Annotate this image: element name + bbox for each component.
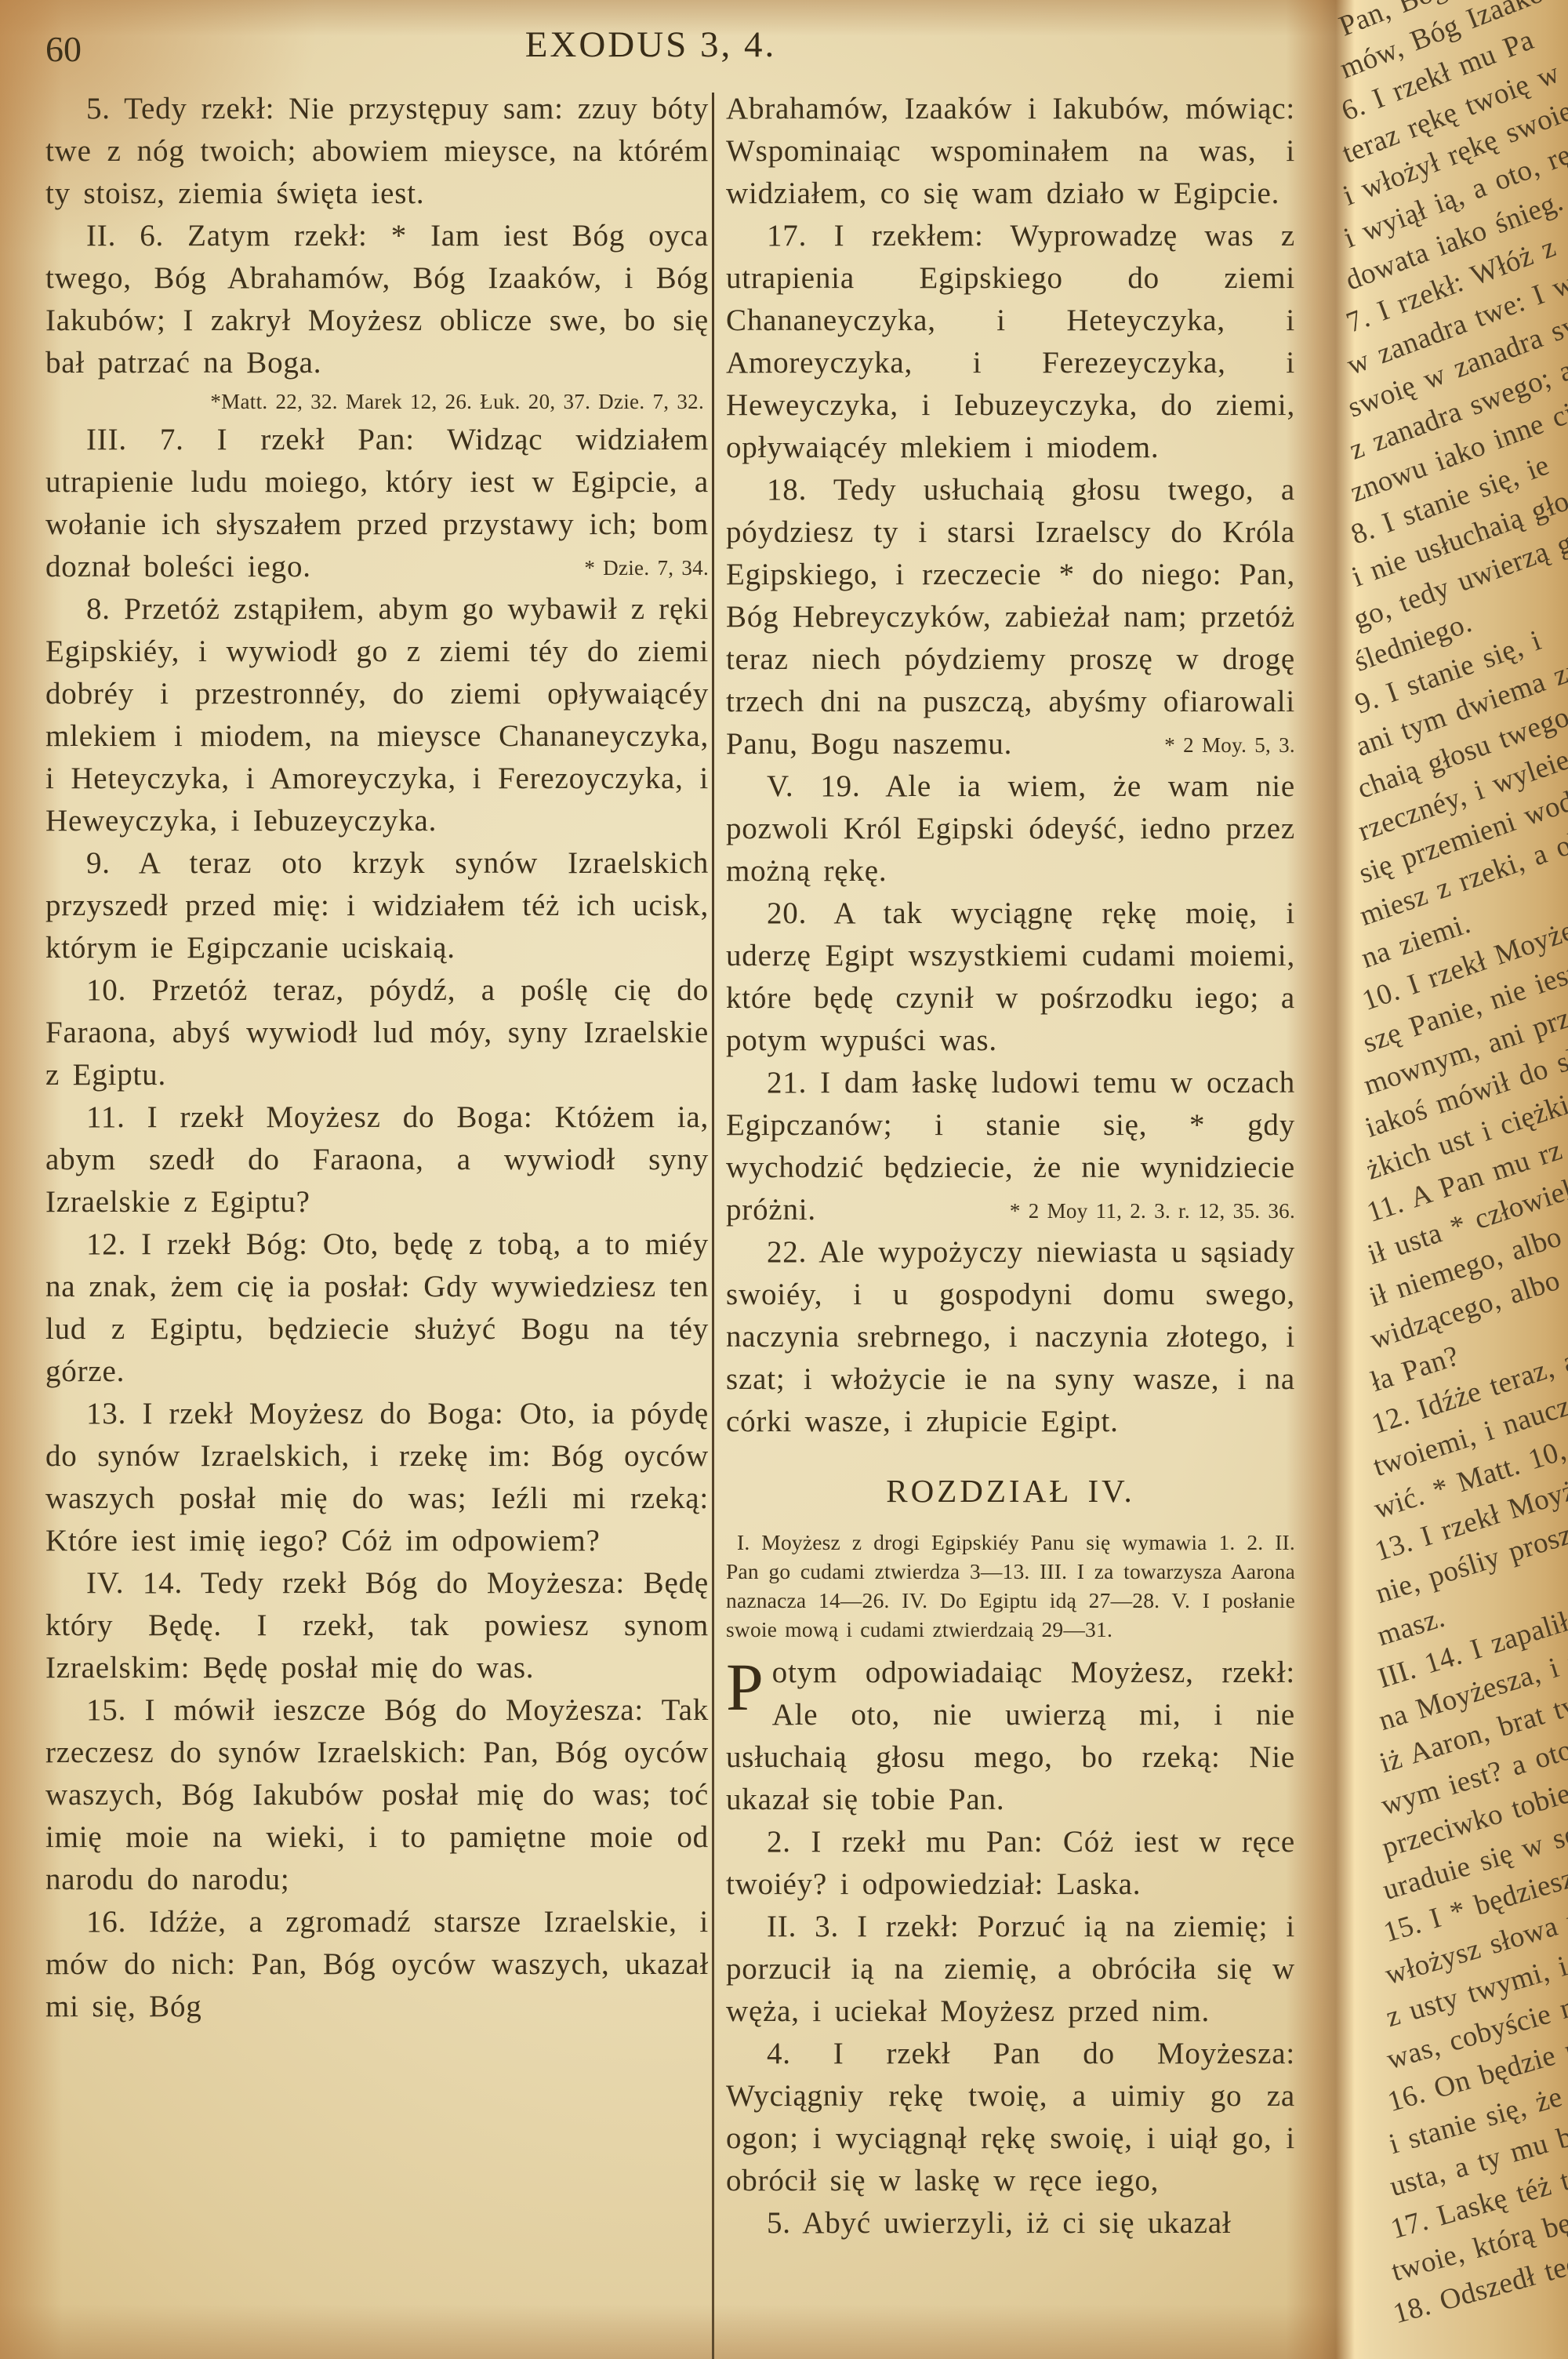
cross-reference: * Dzie. 7, 34. [543,552,709,583]
verse-paragraph: 17. I rzekłem: Wyprowadzę was z utrapien… [726,215,1295,469]
verse-paragraph: V. 19. Ale ia wiem, że wam nie pozwoli K… [726,765,1295,892]
verse-paragraph: 5. Abyć uwierzyli, iż ci się ukazał [726,2202,1295,2245]
verse-paragraph: 4. I rzekł Pan do Moyżesza: Wyciągniy rę… [726,2033,1295,2202]
verse-paragraph: 21. I dam łaskę ludowi temu w oczach Egi… [726,1062,1295,1231]
verse-paragraph: 2. I rzekł mu Pan: Cóż iest w ręce twoié… [726,1821,1295,1906]
cross-reference: * 2 Moy. 5, 3. [1123,729,1295,761]
verse-paragraph: 22. Ale wypożyczy niewiasta u sąsiady sw… [726,1231,1295,1443]
verse-paragraph: II. 6. Zatym rzekł: * Iam iest Bóg oyca … [45,215,709,384]
column-divider-rule [712,93,714,2359]
cross-reference: * 2 Moy 11, 2. 3. r. 12, 35. 36. [969,1195,1295,1227]
verse-paragraph: 16. Idźże, a zgromadź starsze Izraelskie… [45,1901,709,2028]
verse-paragraph: II. 3. I rzekł: Porzuć ią na ziemię; i p… [726,1906,1295,2033]
chapter-heading: ROZDZIAŁ IV. [726,1470,1295,1512]
verse-paragraph: IV. 14. Tedy rzekł Bóg do Moyżesza: Będę… [45,1562,709,1689]
verse-paragraph: 11. I rzekł Moyżesz do Boga: Któżem ia, … [45,1096,709,1223]
verse-paragraph: 9. A teraz oto krzyk synów Izraelskich p… [45,842,709,969]
chapter-summary: I. Moyżesz z drogi Egipskiéy Panu się wy… [726,1528,1295,1644]
reference-line: *Matt. 22, 32. Marek 12, 26. Łuk. 20, 37… [45,384,709,419]
left-text-column: 5. Tedy rzekł: Nie przystępuy sam: zzuy … [45,88,709,2028]
book-page: 60 EXODUS 3, 4. 5. Tedy rzekł: Nie przys… [0,0,1568,2359]
chapter-opening-paragraph: Potym odpowiadaiąc Moyżesz, rzekł: Ale o… [726,1652,1295,1821]
verse-paragraph: 8. Przetóż zstąpiłem, abym go wybawił z … [45,588,709,842]
verse-paragraph: 20. A tak wyciągnę rękę moię, i uderzę E… [726,892,1295,1062]
next-page-visible-text: Pan, Bóg oyców icłmów, Bóg Izaaków, i6. … [1286,0,1568,2359]
verse-paragraph: 13. I rzekł Moyżesz do Boga: Oto, ia póy… [45,1393,709,1562]
page-header: 60 EXODUS 3, 4. [0,24,1301,78]
verse-paragraph: III. 7. I rzekł Pan: Widząc widziałem ut… [45,419,709,588]
verse-paragraph: 12. I rzekł Bóg: Oto, będę z tobą, a to … [45,1223,709,1393]
page-title: EXODUS 3, 4. [0,24,1301,66]
verse-paragraph: 18. Tedy usłuchaią głosu twego, a póydzi… [726,469,1295,765]
verse-paragraph: 15. I mówił ieszcze Bóg do Moyżesza: Tak… [45,1689,709,1901]
right-text-column: Abrahamów, Izaaków i Iakubów, mówiąc: Ws… [726,88,1295,2245]
verse-paragraph: 5. Tedy rzekł: Nie przystępuy sam: zzuy … [45,88,709,215]
drop-cap-initial: P [726,1652,772,1717]
verse-paragraph: 10. Przetóż teraz, póydź, a poślę cię do… [45,969,709,1096]
verse-continuation: Abrahamów, Izaaków i Iakubów, mówiąc: Ws… [726,88,1295,215]
